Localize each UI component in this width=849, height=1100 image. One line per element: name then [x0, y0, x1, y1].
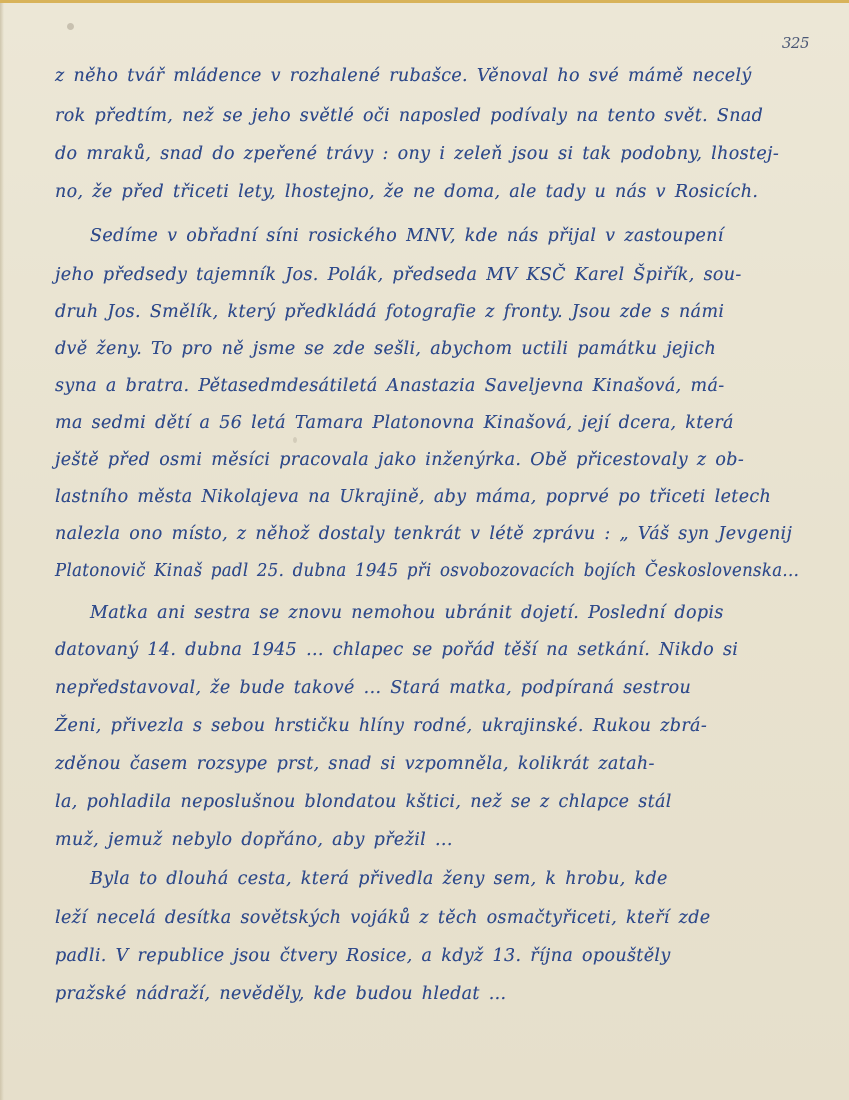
text-line: muž, jemuž nebylo dopřáno, aby přežil ..… [55, 830, 800, 850]
text-line: syna a bratra. Pětasedmdesátiletá Anasta… [55, 376, 800, 396]
text-line: Sedíme v obřadní síni rosického MNV, kde… [90, 226, 800, 246]
text-line: lastního města Nikolajeva na Ukrajině, a… [55, 487, 800, 507]
text-line: padli. V republice jsou čtvery Rosice, a… [55, 946, 800, 966]
text-line: la, pohladila neposlušnou blondatou kšti… [55, 792, 800, 812]
text-line: zděnou časem rozsype prst, snad si vzpom… [55, 754, 800, 774]
text-line: Platonovič Kinaš padl 25. dubna 1945 při… [55, 561, 759, 581]
text-line: Matka ani sestra se znovu nemohou ubráni… [90, 603, 800, 623]
text-line: Byla to dlouhá cesta, která přivedla žen… [90, 869, 800, 889]
text-line: dvě ženy. To pro ně jsme se zde sešli, a… [55, 339, 800, 359]
chronicle-page: 325 z něho tvář mládence v rozhalené rub… [0, 0, 849, 1100]
text-line: pražské nádraží, nevěděly, kde budou hle… [55, 984, 800, 1004]
text-line: leží necelá desítka sovětských vojáků z … [55, 908, 800, 928]
text-line: jeho předsedy tajemník Jos. Polák, předs… [55, 265, 800, 285]
text-line: do mraků, snad do zpeřené trávy : ony i … [55, 144, 800, 164]
text-line: druh Jos. Smělík, který předkládá fotogr… [55, 302, 800, 322]
text-line: Ženi, přivezla s sebou hrstičku hlíny ro… [55, 716, 800, 736]
text-line: nepředstavoval, že bude takové ... Stará… [55, 678, 800, 698]
text-line: nalezla ono místo, z něhož dostaly tenkr… [55, 524, 800, 544]
text-line: datovaný 14. dubna 1945 ... chlapec se p… [55, 640, 800, 660]
text-line: ma sedmi dětí a 56 letá Tamara Platonovn… [55, 413, 800, 433]
text-line: rok předtím, než se jeho světlé oči napo… [55, 106, 800, 126]
handwritten-body: z něho tvář mládence v rozhalené rubašce… [0, 3, 849, 1100]
text-line: no, že před třiceti lety, lhostejno, že … [55, 182, 800, 202]
text-line: ještě před osmi měsíci pracovala jako in… [55, 450, 800, 470]
text-line: z něho tvář mládence v rozhalené rubašce… [55, 66, 800, 86]
